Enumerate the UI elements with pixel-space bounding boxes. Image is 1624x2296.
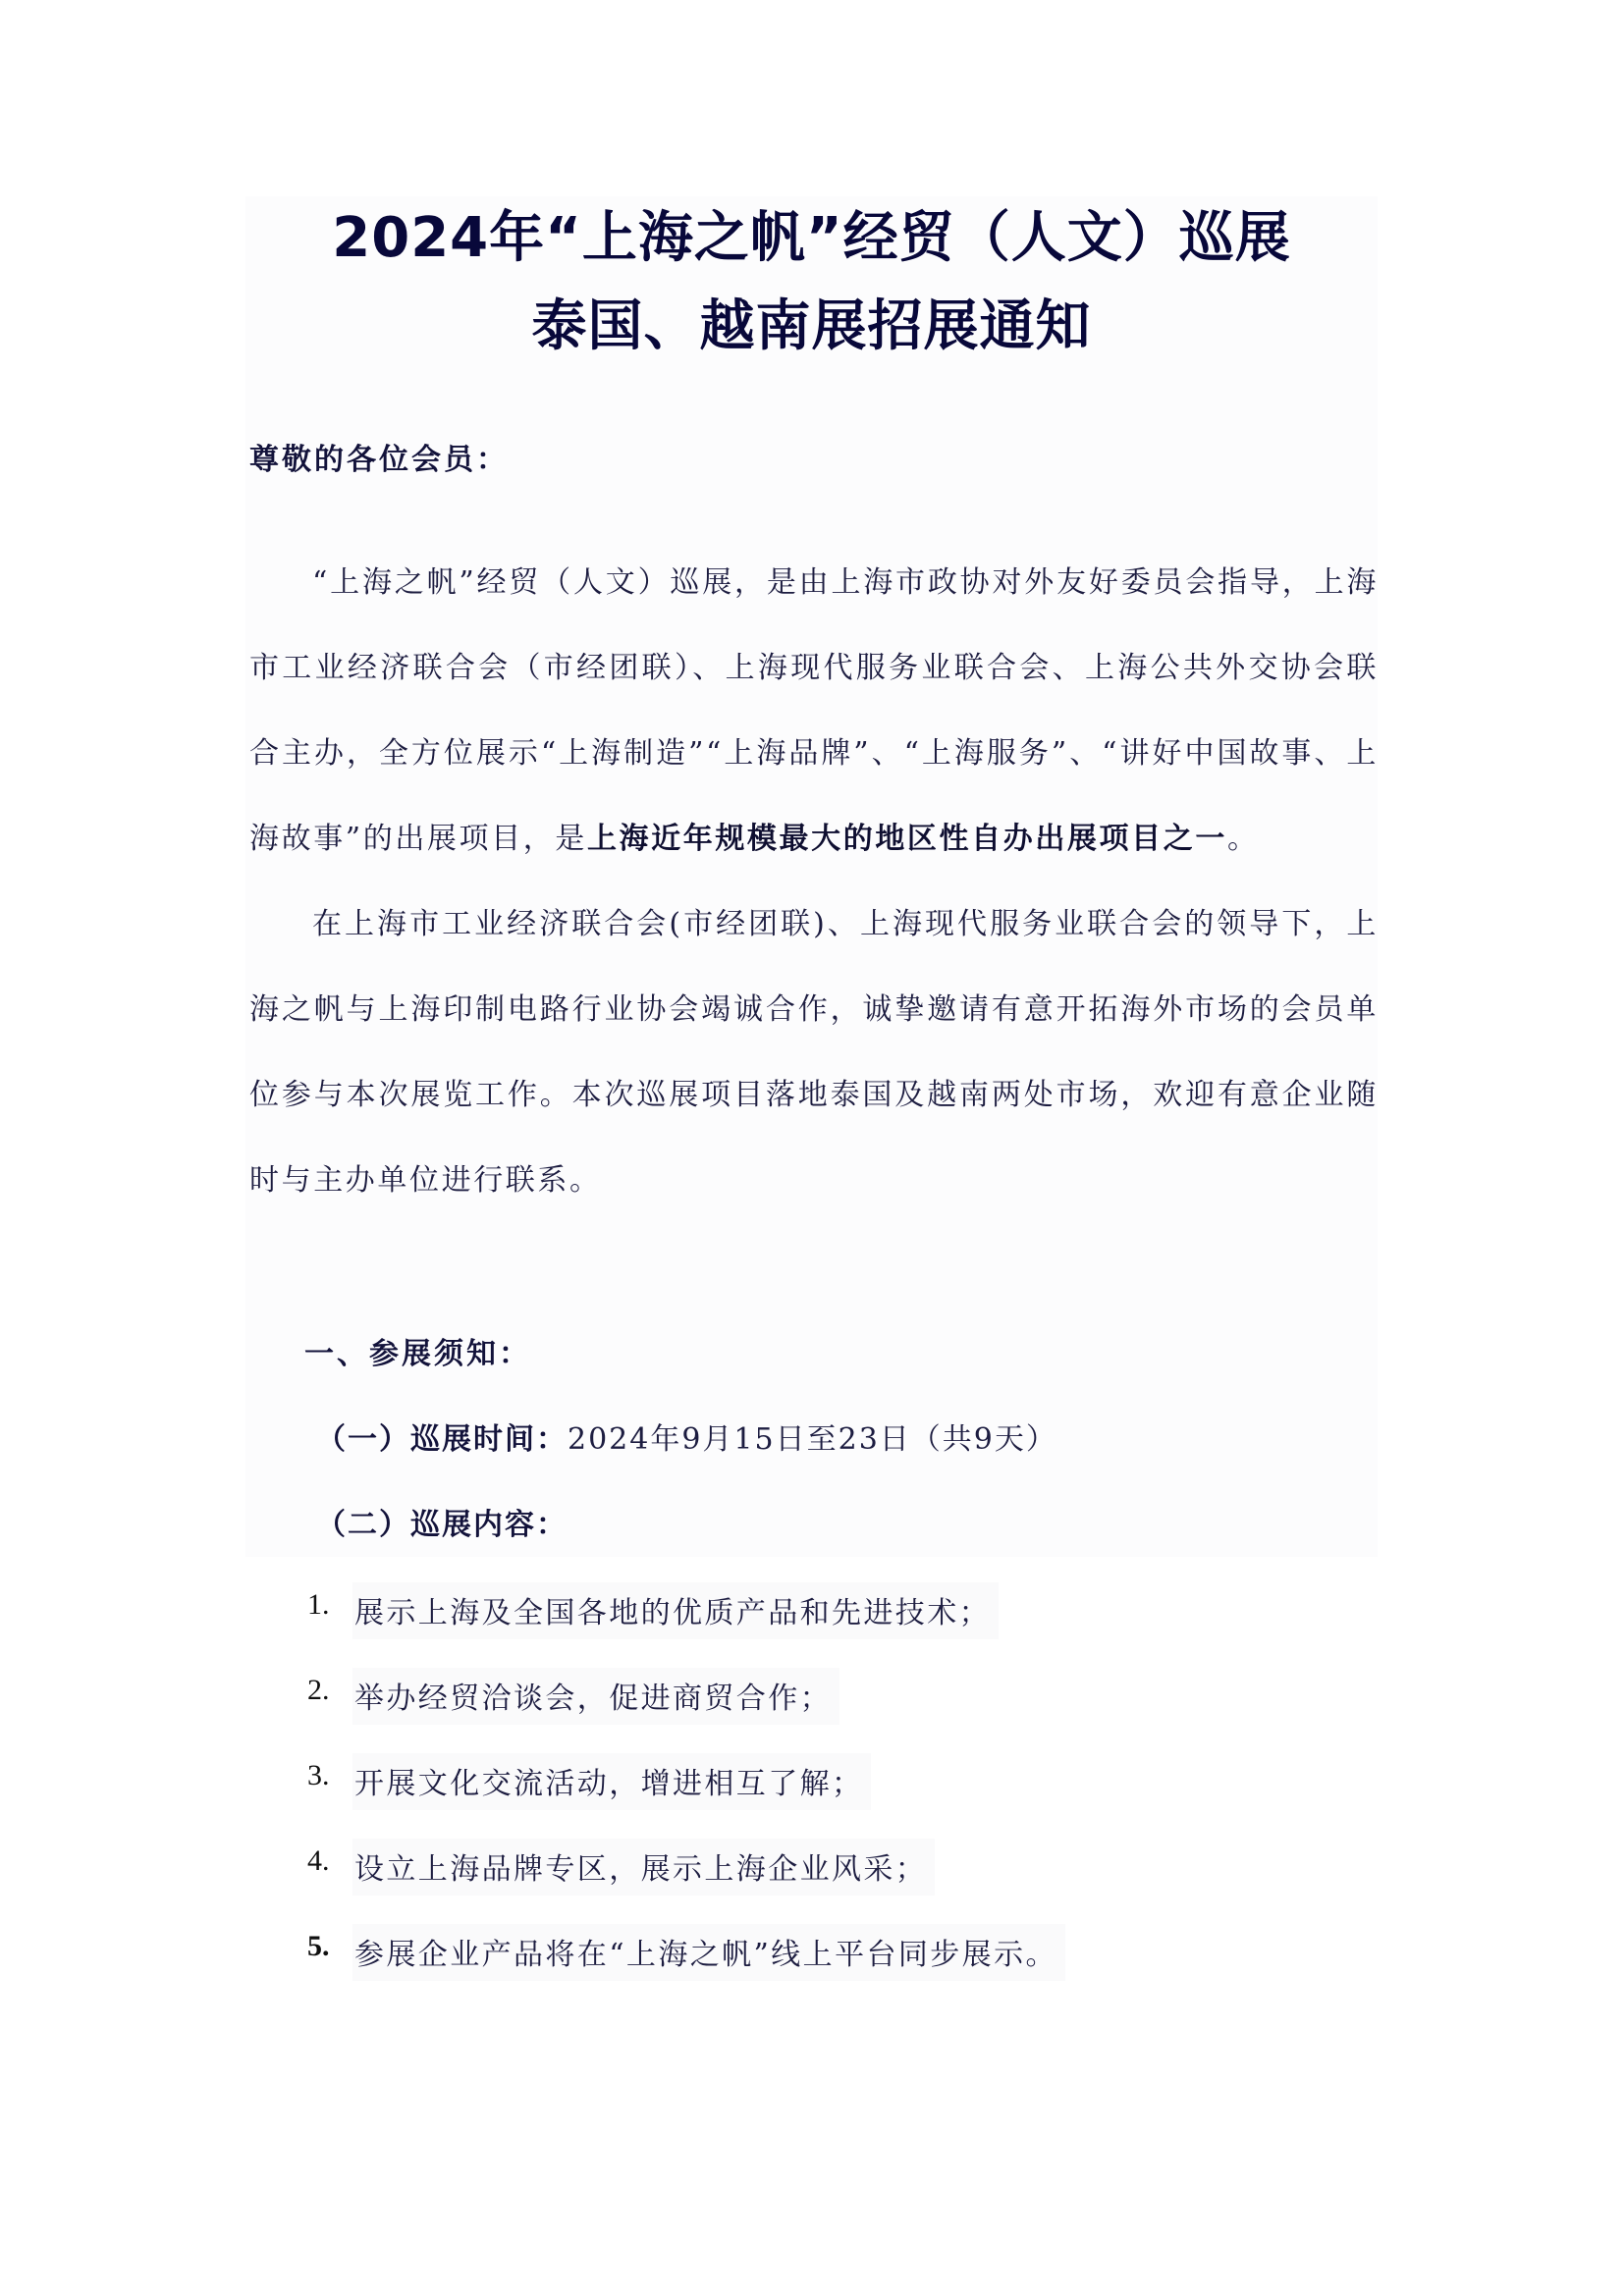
exhibition-content-label: （二）巡展内容： (316, 1508, 568, 1542)
list-item: 3. 开展文化交流活动，增进相互了解； (307, 1753, 1065, 1839)
list-text: 开展文化交流活动，增进相互了解； (352, 1753, 871, 1810)
list-number: 4. (307, 1839, 352, 1878)
list-number: 3. (307, 1753, 352, 1792)
intro-text: “上海之帆”经贸（人文）巡展，是由上海市政协对外友好委员会指导，上海市工业经济联… (249, 565, 1379, 856)
list-text: 参展企业产品将在“上海之帆”线上平台同步展示。 (352, 1924, 1065, 1981)
exhibition-time-value: 2024年9月15日至23日（共9天） (568, 1422, 1057, 1457)
list-text: 设立上海品牌专区，展示上海企业风采； (352, 1839, 935, 1896)
section-heading-notice: 一、参展须知： (304, 1329, 531, 1372)
exhibition-content-list: 1. 展示上海及全国各地的优质产品和先进技术； 2. 举办经贸洽谈会，促进商贸合… (307, 1582, 1065, 2009)
list-number: 1. (307, 1582, 352, 1622)
exhibition-time: （一）巡展时间：2024年9月15日至23日（共9天） (316, 1415, 1057, 1458)
intro-paragraph: “上海之帆”经贸（人文）巡展，是由上海市政协对外友好委员会指导，上海市工业经济联… (249, 540, 1379, 881)
invitation-paragraph: 在上海市工业经济联合会(市经团联)、上海现代服务业联合会的领导下，上海之帆与上海… (249, 881, 1379, 1223)
list-text: 举办经贸洽谈会，促进商贸合作； (352, 1668, 839, 1725)
exhibition-time-label: （一）巡展时间： (316, 1422, 568, 1457)
list-item: 2. 举办经贸洽谈会，促进商贸合作； (307, 1668, 1065, 1753)
intro-text-end: 。 (1227, 822, 1260, 856)
list-number: 2. (307, 1668, 352, 1707)
document-title-line-2: 泰国、越南展招展通知 (245, 293, 1378, 361)
intro-emphasis: 上海近年规模最大的地区性自办出展项目之一 (587, 822, 1227, 856)
document-title-line-1: 2024年“上海之帆”经贸（人文）巡展 (245, 204, 1378, 273)
list-item: 5. 参展企业产品将在“上海之帆”线上平台同步展示。 (307, 1924, 1065, 2009)
list-number: 5. (307, 1924, 352, 1963)
list-item: 4. 设立上海品牌专区，展示上海企业风采； (307, 1839, 1065, 1924)
exhibition-content: （二）巡展内容： (316, 1500, 568, 1543)
greeting: 尊敬的各位会员： (249, 435, 509, 478)
list-text: 展示上海及全国各地的优质产品和先进技术； (352, 1582, 999, 1639)
list-item: 1. 展示上海及全国各地的优质产品和先进技术； (307, 1582, 1065, 1668)
